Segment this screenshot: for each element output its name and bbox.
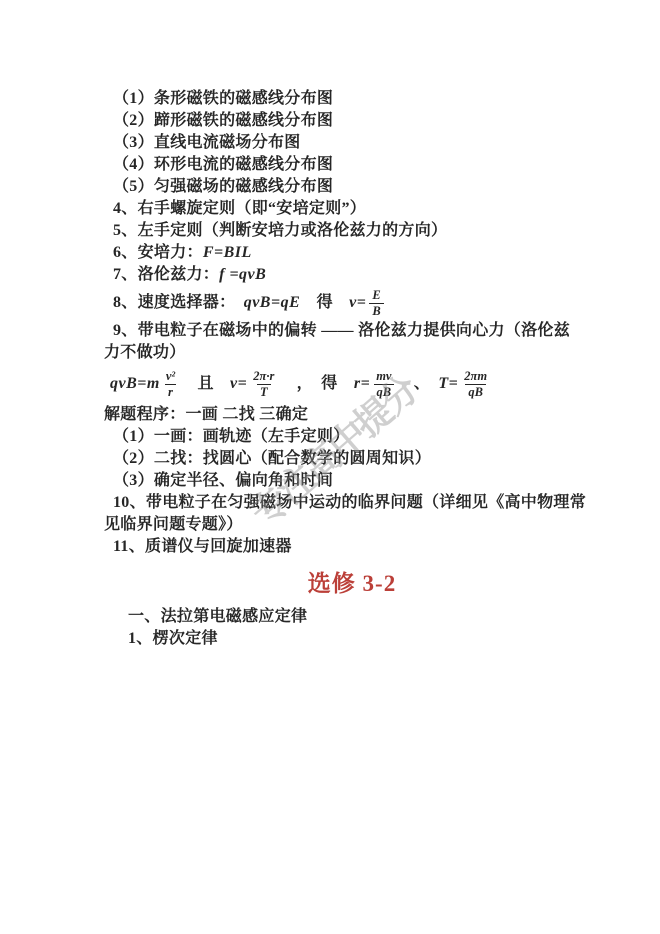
chinese-text: 1、楞次定律 [128,630,218,647]
text-line: 9、带电粒子在磁场中的偏转 —— 洛伦兹力提供向心力（洛伦兹 [104,320,600,342]
text-line: （2）二找：找圆心（配合数学的圆周知识） [104,448,600,470]
text-line: qvB=mv²r 且 v=2π·rT ， 得 r=mvqB 、 T=2πmqB [104,364,600,404]
text-line: （3）直线电流磁场分布图 [104,132,600,154]
chinese-text: （3）确定半径、偏向角和时间 [113,472,333,489]
text-line: （2）蹄形磁铁的磁感线分布图 [104,110,600,132]
text-line: 1、楞次定律 [104,628,600,650]
formula-text: v= [230,373,247,395]
physics-notes-content: （1）条形磁铁的磁感线分布图（2）蹄形磁铁的磁感线分布图（3）直线电流磁场分布图… [0,0,660,650]
text-line: 解题程序：一画 二找 三确定 [104,404,600,426]
text-line: 5、左手定则（判断安培力或洛伦兹力的方向） [104,220,600,242]
fraction: mvqB [373,369,394,399]
chinese-text: （2）二找：找圆心（配合数学的圆周知识） [113,450,431,467]
chinese-text: ， 得 [280,373,354,395]
formula-text: r= [354,373,370,395]
text-line: （1）一画：画轨迹（左手定则） [104,426,600,448]
fraction: 2πmqB [461,369,490,399]
chinese-text: 11、质谱仪与回旋加速器 [113,538,292,555]
text-line: 10、带电粒子在匀强磁场中运动的临界问题（详细见《高中物理常 [104,492,600,514]
chinese-text: 8、速度选择器： [113,292,244,314]
chinese-text: （2）蹄形磁铁的磁感线分布图 [113,112,333,129]
chinese-text: （5）匀强磁场的磁感线分布图 [113,178,333,195]
text-line: 见临界问题专题》） [104,514,600,536]
text-line: （4）环形电流的磁感线分布图 [104,154,600,176]
chinese-text: 5、左手定则（判断安培力或洛伦兹力的方向） [113,222,447,239]
text-line: （3）确定半径、偏向角和时间 [104,470,600,492]
chinese-text: 、 [397,373,438,395]
formula-text: v= [349,292,366,314]
chinese-text: 6、安培力： [113,244,203,261]
chinese-text: 一、法拉第电磁感应定律 [128,608,307,625]
chinese-text: 力不做功） [104,344,186,361]
text-line: 4、右手螺旋定则（即“安培定则”） [104,198,600,220]
document-page: 专注高中提分 （1）条形磁铁的磁感线分布图（2）蹄形磁铁的磁感线分布图（3）直线… [0,0,660,934]
chinese-text: 得 [300,292,349,314]
text-line: 力不做功） [104,342,600,364]
chinese-text: 解题程序：一画 二找 三确定 [104,406,308,423]
notes-lines-em-induction: 一、法拉第电磁感应定律1、楞次定律 [104,606,600,650]
section-heading: 选修 3-2 [104,570,600,598]
formula-text: T= [438,373,458,395]
fraction: 2π·rT [250,369,277,399]
text-line: 11、质谱仪与回旋加速器 [104,536,600,558]
formula-text: f =qvB [219,266,266,283]
text-line: （1）条形磁铁的磁感线分布图 [104,88,600,110]
text-line: 6、安培力：F=BIL [104,242,600,264]
chinese-text: （4）环形电流的磁感线分布图 [113,156,333,173]
fraction: EB [369,288,383,318]
chinese-text: 4、右手螺旋定则（即“安培定则”） [113,200,366,217]
text-line: 一、法拉第电磁感应定律 [104,606,600,628]
notes-lines-magnetism: （1）条形磁铁的磁感线分布图（2）蹄形磁铁的磁感线分布图（3）直线电流磁场分布图… [104,88,600,558]
fraction: v²r [163,369,178,399]
text-line: （5）匀强磁场的磁感线分布图 [104,176,600,198]
chinese-text: （3）直线电流磁场分布图 [113,134,301,151]
chinese-text: 9、带电粒子在磁场中的偏转 —— 洛伦兹力提供向心力（洛伦兹 [113,322,570,339]
chinese-text: （1）条形磁铁的磁感线分布图 [113,90,333,107]
chinese-text: 且 [181,373,230,395]
text-line: 8、速度选择器： qvB=qE 得 v=EB [104,286,600,320]
formula-text: qvB=qE [244,292,301,314]
chinese-text: 7、洛伦兹力： [113,266,219,283]
formula-text: F=BIL [203,244,252,261]
chinese-text: （1）一画：画轨迹（左手定则） [113,428,350,445]
formula-text: qvB=m [110,373,160,395]
text-line: 7、洛伦兹力：f =qvB [104,264,600,286]
chinese-text: 见临界问题专题》） [104,516,243,533]
chinese-text: 10、带电粒子在匀强磁场中运动的临界问题（详细见《高中物理常 [113,494,586,511]
